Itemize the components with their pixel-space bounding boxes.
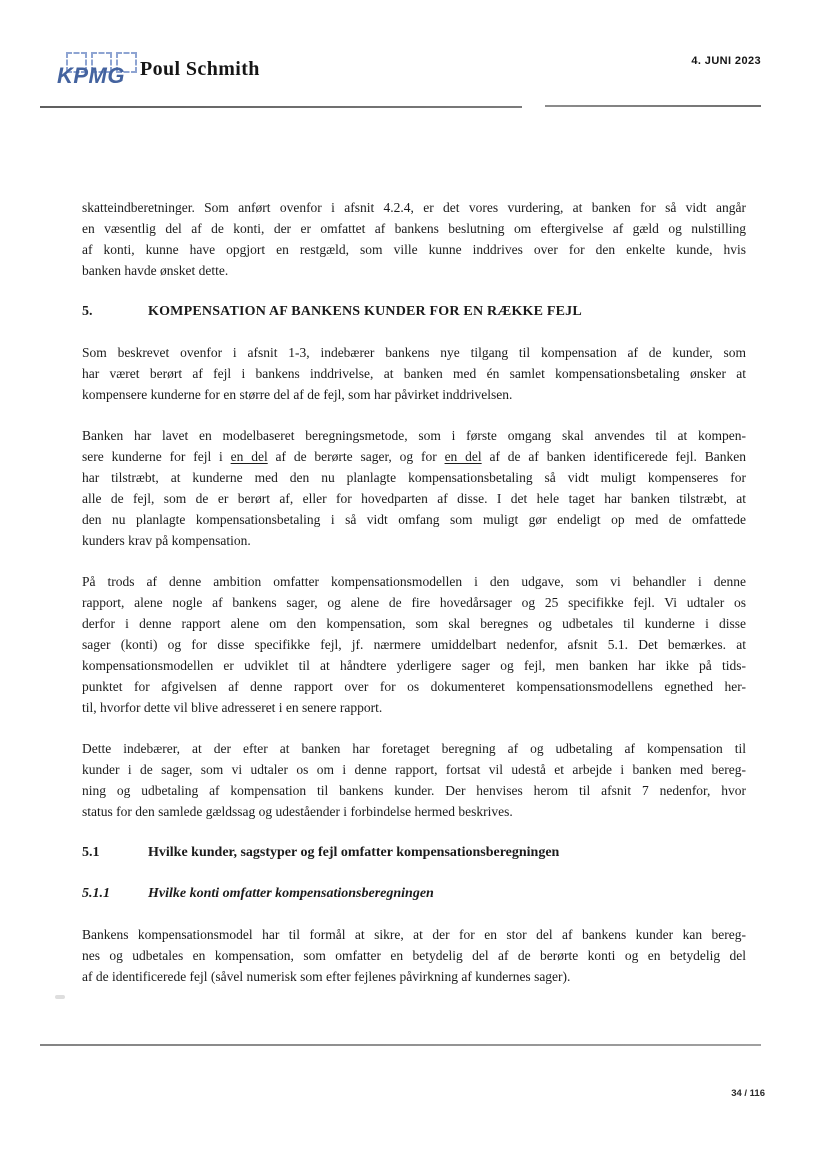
- paragraph: Bankens kompensationsmodel har til formå…: [82, 924, 746, 987]
- underlined-text: en del: [231, 449, 268, 464]
- paragraph-line: sager (konti) og for disse specifikke fe…: [82, 634, 746, 655]
- paragraph-line: derfor i denne rapport alene om den komp…: [82, 613, 746, 634]
- paragraph-line: På trods af denne ambition omfatter komp…: [82, 571, 746, 592]
- section-heading: 5.1.1Hvilke konti omfatter kompensations…: [82, 883, 746, 904]
- footer-rule: [40, 1044, 761, 1046]
- paragraph-line: Banken har lavet en modelbaseret beregni…: [82, 425, 746, 446]
- document-body: skatteindberetninger. Som anført ovenfor…: [82, 197, 746, 1007]
- section-title: Hvilke kunder, sagstyper og fejl omfatte…: [148, 842, 559, 863]
- paragraph: skatteindberetninger. Som anført ovenfor…: [82, 197, 746, 281]
- header-rule-left: [40, 106, 522, 108]
- paragraph-line: alle de fejl, som de er berørt af, eller…: [82, 488, 746, 509]
- page-number: 34 / 116: [731, 1088, 765, 1099]
- paragraph-line: har været berørt af fejl i bankens inddr…: [82, 363, 746, 384]
- section-number: 5.1.1: [82, 883, 148, 904]
- section-title: Hvilke konti omfatter kompensationsbereg…: [148, 883, 434, 904]
- paragraph: Dette indebærer, at der efter at banken …: [82, 738, 746, 822]
- paragraph-line: til, hvorfor dette vil blive adresseret …: [82, 697, 746, 718]
- paragraph-line: rapport, alene nogle af bankens sager, o…: [82, 592, 746, 613]
- document-page: KPMG Poul Schmith 4. JUNI 2023 skatteind…: [0, 0, 827, 1169]
- firm-name: Poul Schmith: [140, 58, 260, 81]
- paragraph-line: en væsentlig del af de konti, der er omf…: [82, 218, 746, 239]
- paragraph-line: ning og udbetaling af kompensation til b…: [82, 780, 746, 801]
- kpmg-logo: KPMG: [57, 50, 137, 90]
- paragraph-line: Dette indebærer, at der efter at banken …: [82, 738, 746, 759]
- paragraph-line: punktet for afgivelsen af denne rapport …: [82, 676, 746, 697]
- header-rule-right: [545, 105, 761, 107]
- paragraph-line: skatteindberetninger. Som anført ovenfor…: [82, 197, 746, 218]
- paragraph-line: nes og udbetales en kompensation, som om…: [82, 945, 746, 966]
- paragraph-line: status for den samlede gældssag og udest…: [82, 801, 746, 822]
- paragraph-line: kunders krav på kompensation.: [82, 530, 746, 551]
- section-heading: 5.KOMPENSATION AF BANKENS KUNDER FOR EN …: [82, 301, 746, 322]
- paragraph-line: banken havde ønsket dette.: [82, 260, 746, 281]
- scan-artifact: [55, 995, 65, 999]
- section-number: 5.: [82, 301, 148, 322]
- paragraph: På trods af denne ambition omfatter komp…: [82, 571, 746, 718]
- section-heading: 5.1Hvilke kunder, sagstyper og fejl omfa…: [82, 842, 746, 863]
- paragraph: Som beskrevet ovenfor i afsnit 1-3, inde…: [82, 342, 746, 405]
- document-date: 4. JUNI 2023: [691, 55, 761, 67]
- paragraph-line: af konti, kunne have opgjort en restgæld…: [82, 239, 746, 260]
- section-number: 5.1: [82, 842, 148, 863]
- paragraph-line: kompensere kunderne for en større del af…: [82, 384, 746, 405]
- paragraph-line: af de identificerede fejl (såvel numeris…: [82, 966, 746, 987]
- paragraph-line: den nu planlagte kompensationsbetaling i…: [82, 509, 746, 530]
- paragraph-line: kunder i de sager, som vi udtaler os om …: [82, 759, 746, 780]
- paragraph-line: Bankens kompensationsmodel har til formå…: [82, 924, 746, 945]
- paragraph-line: har tilstræbt, at kunderne med den nu pl…: [82, 467, 746, 488]
- paragraph-line: sere kunderne for fejl i en del af de be…: [82, 446, 746, 467]
- paragraph-line: kompensationsmodellen er udviklet til at…: [82, 655, 746, 676]
- paragraph-line: Som beskrevet ovenfor i afsnit 1-3, inde…: [82, 342, 746, 363]
- section-title: KOMPENSATION AF BANKENS KUNDER FOR EN RÆ…: [148, 301, 582, 322]
- underlined-text: en del: [445, 449, 482, 464]
- kpmg-logo-text: KPMG: [57, 63, 125, 89]
- paragraph: Banken har lavet en modelbaseret beregni…: [82, 425, 746, 551]
